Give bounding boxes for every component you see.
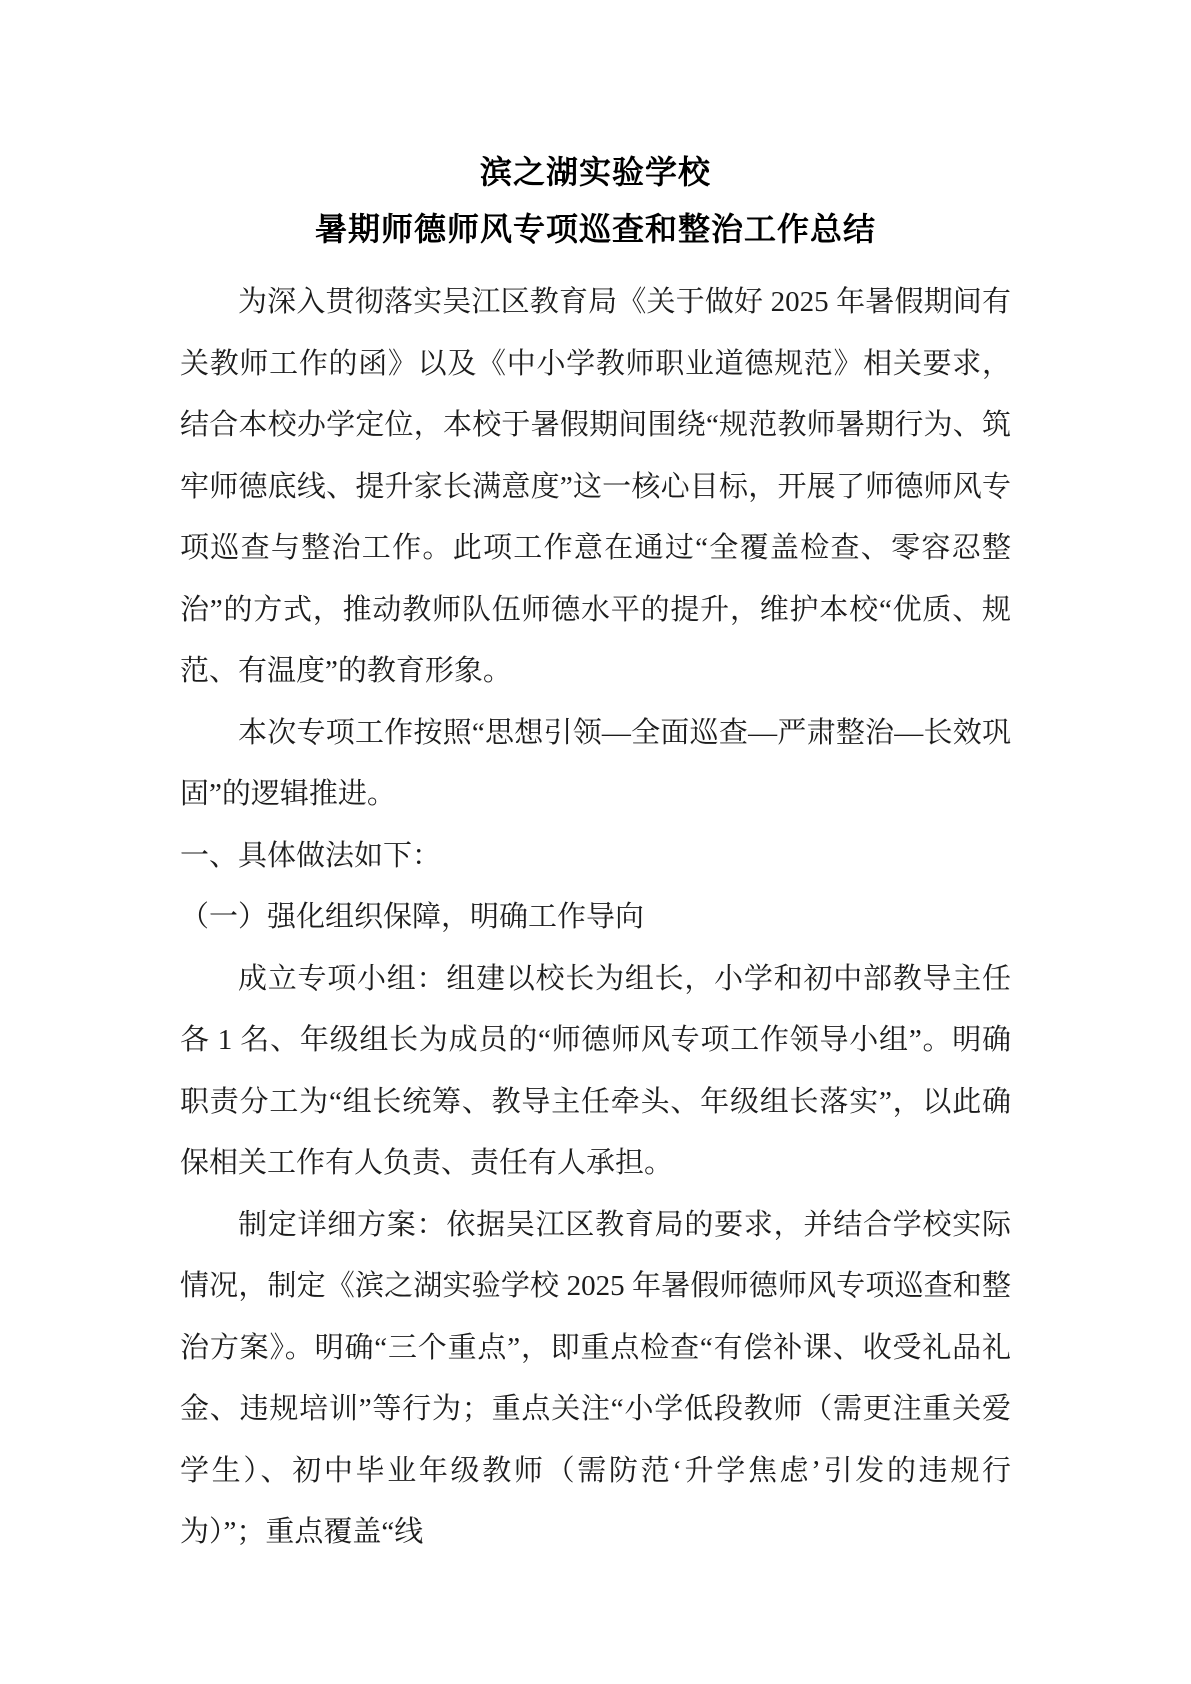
section-heading: 一、具体做法如下： [180, 826, 1011, 888]
document-body: 为深入贯彻落实吴江区教育局《关于做好 2025 年暑假期间有关教师工作的函》以及… [180, 272, 1011, 1564]
document-page: 滨之湖实验学校 暑期师德师风专项巡查和整治工作总结 为深入贯彻落实吴江区教育局《… [0, 0, 1191, 1684]
body-paragraph: 为深入贯彻落实吴江区教育局《关于做好 2025 年暑假期间有关教师工作的函》以及… [180, 272, 1011, 703]
body-paragraph: 制定详细方案：依据吴江区教育局的要求，并结合学校实际情况，制定《滨之湖实验学校 … [180, 1195, 1011, 1564]
document-title-line1: 滨之湖实验学校 [180, 144, 1011, 201]
subsection-heading: （一）强化组织保障，明确工作导向 [180, 887, 1011, 949]
body-paragraph: 成立专项小组：组建以校长为组长，小学和初中部教导主任各 1 名、年级组长为成员的… [180, 949, 1011, 1195]
document-title-line2: 暑期师德师风专项巡查和整治工作总结 [180, 201, 1011, 258]
body-paragraph: 本次专项工作按照“思想引领—全面巡查—严肃整治—长效巩固”的逻辑推进。 [180, 703, 1011, 826]
